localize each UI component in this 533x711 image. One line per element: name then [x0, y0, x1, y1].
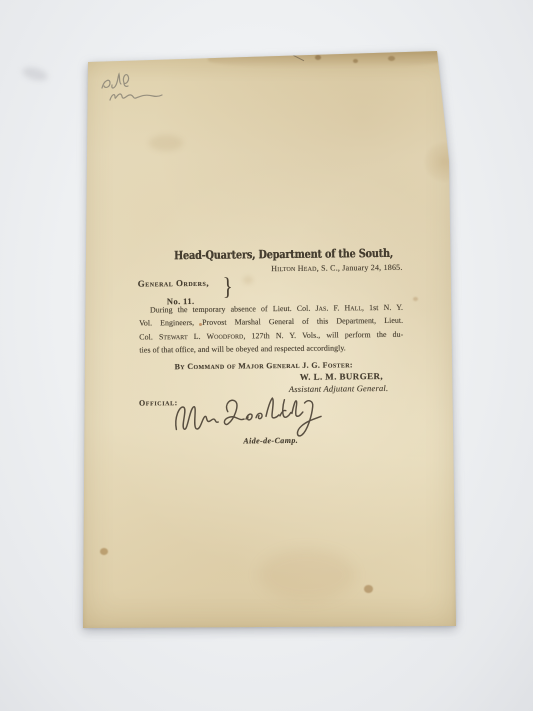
paper-wrapper: Head-Quarters, Department of the South, … — [83, 51, 456, 629]
document-heading: Head-Quarters, Department of the South, — [153, 246, 414, 263]
document-paper: Head-Quarters, Department of the South, … — [83, 51, 456, 629]
signer-name: W. L. M. BURGER, — [300, 371, 383, 382]
orders-brace: } — [223, 274, 233, 302]
dateline: Hilton Head, S. C., January 24, 1865. — [203, 263, 403, 274]
background-smudge — [21, 65, 49, 83]
printed-text-block: Head-Quarters, Department of the South, … — [80, 49, 459, 631]
dateline-place: Hilton Head — [271, 264, 317, 273]
photo-background: Head-Quarters, Department of the South, … — [0, 0, 533, 711]
body-text: Vol. Engineers, Provost Marshal General … — [139, 316, 403, 328]
body-name-smallcaps: Stewart L. Woodford — [159, 331, 244, 341]
order-body: During the temporary absence of Lieut. C… — [139, 301, 404, 357]
body-line: ties of that office, and will be obeyed … — [139, 341, 403, 357]
body-text: Col. — [139, 332, 159, 341]
body-text: During the temporary absence of Lieut. C… — [150, 304, 316, 315]
body-text: ties of that office, and will be obeyed … — [139, 344, 345, 355]
body-text: , 127th N. Y. Vols., will perform the du… — [243, 330, 403, 341]
general-orders-label: General Orders, — [138, 278, 209, 289]
body-name-smallcaps: Jas. F. Hall — [315, 303, 362, 312]
handwritten-signature — [171, 391, 323, 443]
by-command-line: By Command of Major General J. G. Foster… — [175, 360, 353, 371]
dateline-date: , S. C., January 24, 1865. — [317, 263, 403, 273]
body-text: , 1st N. Y. — [362, 303, 403, 312]
